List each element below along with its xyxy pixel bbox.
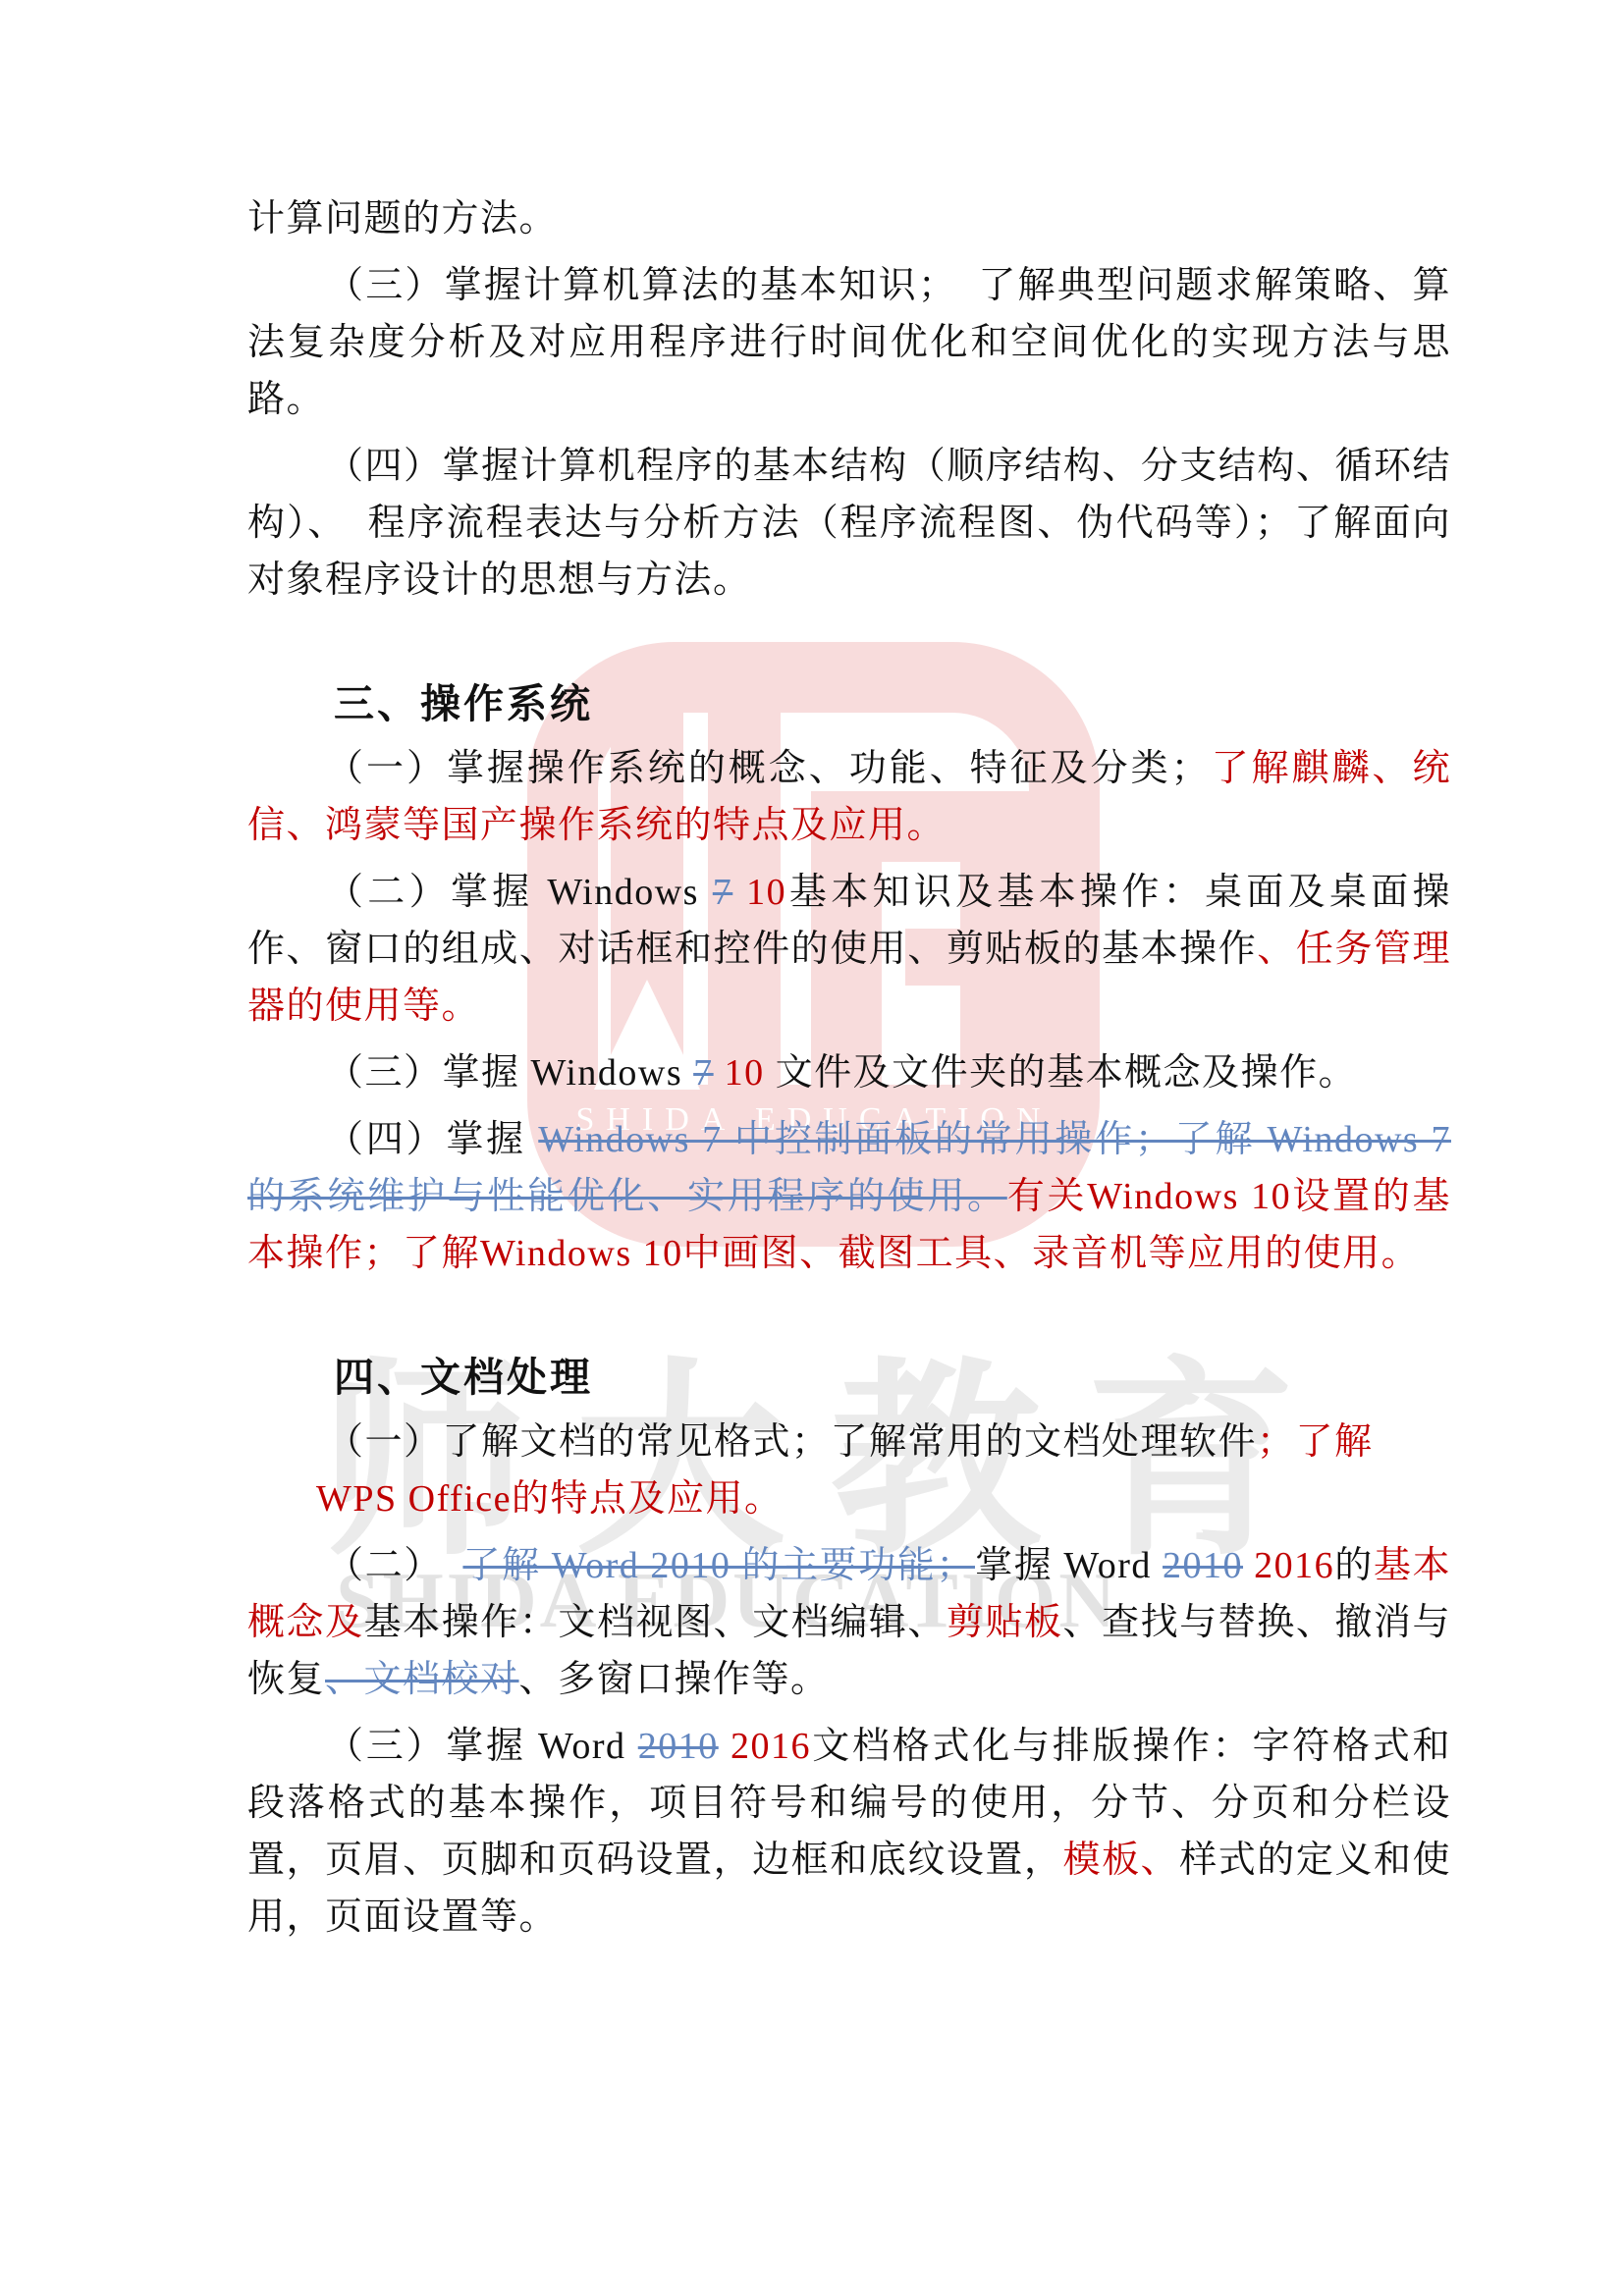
text-segment-red: ；了解 bbox=[1257, 1421, 1374, 1463]
text-segment-black: （二）掌握 Windows bbox=[326, 872, 713, 913]
paragraph: （二）掌握 Windows 7 10基本知识及基本操作：桌面及桌面操作、窗口的组… bbox=[247, 864, 1451, 1035]
text-segment-black: （三）掌握计算机算法的基本知识； 了解典型问题求解策略、算法复杂度分析及对应用程… bbox=[247, 265, 1451, 420]
text-segment-black bbox=[719, 1726, 731, 1767]
text-segment-black: 文件及文件夹的基本概念及操作。 bbox=[765, 1052, 1358, 1094]
text-segment-red: 2016 bbox=[731, 1726, 811, 1767]
text-segment-black: （三）掌握 Windows bbox=[326, 1052, 693, 1094]
text-segment-black: （二） bbox=[326, 1545, 462, 1586]
text-segment-black bbox=[1243, 1545, 1254, 1586]
text-segment-strike: 、文档校对 bbox=[325, 1659, 519, 1700]
paragraph: （三）掌握 Windows 7 10 文件及文件夹的基本概念及操作。 bbox=[247, 1044, 1451, 1101]
text-segment-black: 基本操作：文档视图、文档编辑、 bbox=[364, 1602, 947, 1643]
text-segment-red: 10 bbox=[725, 1052, 765, 1094]
text-segment-black: （一）了解文档的常见格式；了解常用的文档处理软件 bbox=[326, 1421, 1257, 1463]
text-segment-black: （四）掌握计算机程序的基本结构（顺序结构、分支结构、循环结构）、 程序流程表达与… bbox=[247, 446, 1451, 601]
text-segment-red: 10 bbox=[746, 872, 786, 913]
text-segment-red: 模板、 bbox=[1063, 1840, 1180, 1881]
paragraph: （三）掌握 Word 2010 2016文档格式化与排版操作：字符格式和段落格式… bbox=[247, 1718, 1451, 1946]
section-heading: 三、操作系统 bbox=[247, 673, 1451, 734]
text-segment-strike: 2010 bbox=[1163, 1545, 1243, 1586]
document-page: 师大教育 SHIDA EDUCATION SHIDA EDUCATION 计算问… bbox=[0, 0, 1624, 2296]
paragraph: （一）了解文档的常见格式；了解常用的文档处理软件；了解WPS Office的特点… bbox=[247, 1414, 1451, 1527]
text-segment-red: WPS Office的特点及应用。 bbox=[316, 1478, 784, 1520]
text-segment-red: 2016 bbox=[1254, 1545, 1334, 1586]
text-segment-black: 三、操作系统 bbox=[334, 681, 593, 726]
text-segment-strike: 7 bbox=[713, 872, 733, 913]
text-segment-strike: 7 bbox=[693, 1052, 714, 1094]
paragraph: （四）掌握计算机程序的基本结构（顺序结构、分支结构、循环结构）、 程序流程表达与… bbox=[247, 438, 1451, 609]
paragraph: 计算问题的方法。 bbox=[247, 190, 1451, 247]
paragraph: （二） 了解 Word 2010 的主要功能；掌握 Word 2010 2016… bbox=[247, 1537, 1451, 1708]
document-body: 计算问题的方法。（三）掌握计算机算法的基本知识； 了解典型问题求解策略、算法复杂… bbox=[247, 190, 1451, 1955]
section-heading: 四、文档处理 bbox=[247, 1347, 1451, 1408]
text-segment-black bbox=[714, 1052, 725, 1094]
text-segment-black bbox=[732, 872, 746, 913]
text-segment-black: （一）掌握操作系统的概念、功能、特征及分类； bbox=[326, 748, 1210, 789]
text-segment-red: 剪贴板 bbox=[947, 1602, 1063, 1643]
text-segment-strike: 了解 Word 2010 的主要功能； bbox=[462, 1545, 975, 1586]
text-segment-strike: 2010 bbox=[638, 1726, 719, 1767]
paragraph: （三）掌握计算机算法的基本知识； 了解典型问题求解策略、算法复杂度分析及对应用程… bbox=[247, 257, 1451, 428]
text-segment-black: 四、文档处理 bbox=[334, 1355, 593, 1400]
text-segment-black: 计算问题的方法。 bbox=[247, 198, 558, 240]
text-segment-black: 、多窗口操作等。 bbox=[519, 1659, 830, 1700]
text-segment-black: （四）掌握 bbox=[326, 1119, 538, 1160]
text-segment-black: 掌握 Word bbox=[975, 1545, 1163, 1586]
text-segment-black: 的 bbox=[1334, 1545, 1374, 1586]
text-segment-black: （三）掌握 Word bbox=[326, 1726, 638, 1767]
paragraph: （一）掌握操作系统的概念、功能、特征及分类；了解麒麟、统信、鸿蒙等国产操作系统的… bbox=[247, 740, 1451, 854]
paragraph: （四）掌握 Windows 7 中控制面板的常用操作；了解 Windows 7 … bbox=[247, 1111, 1451, 1282]
